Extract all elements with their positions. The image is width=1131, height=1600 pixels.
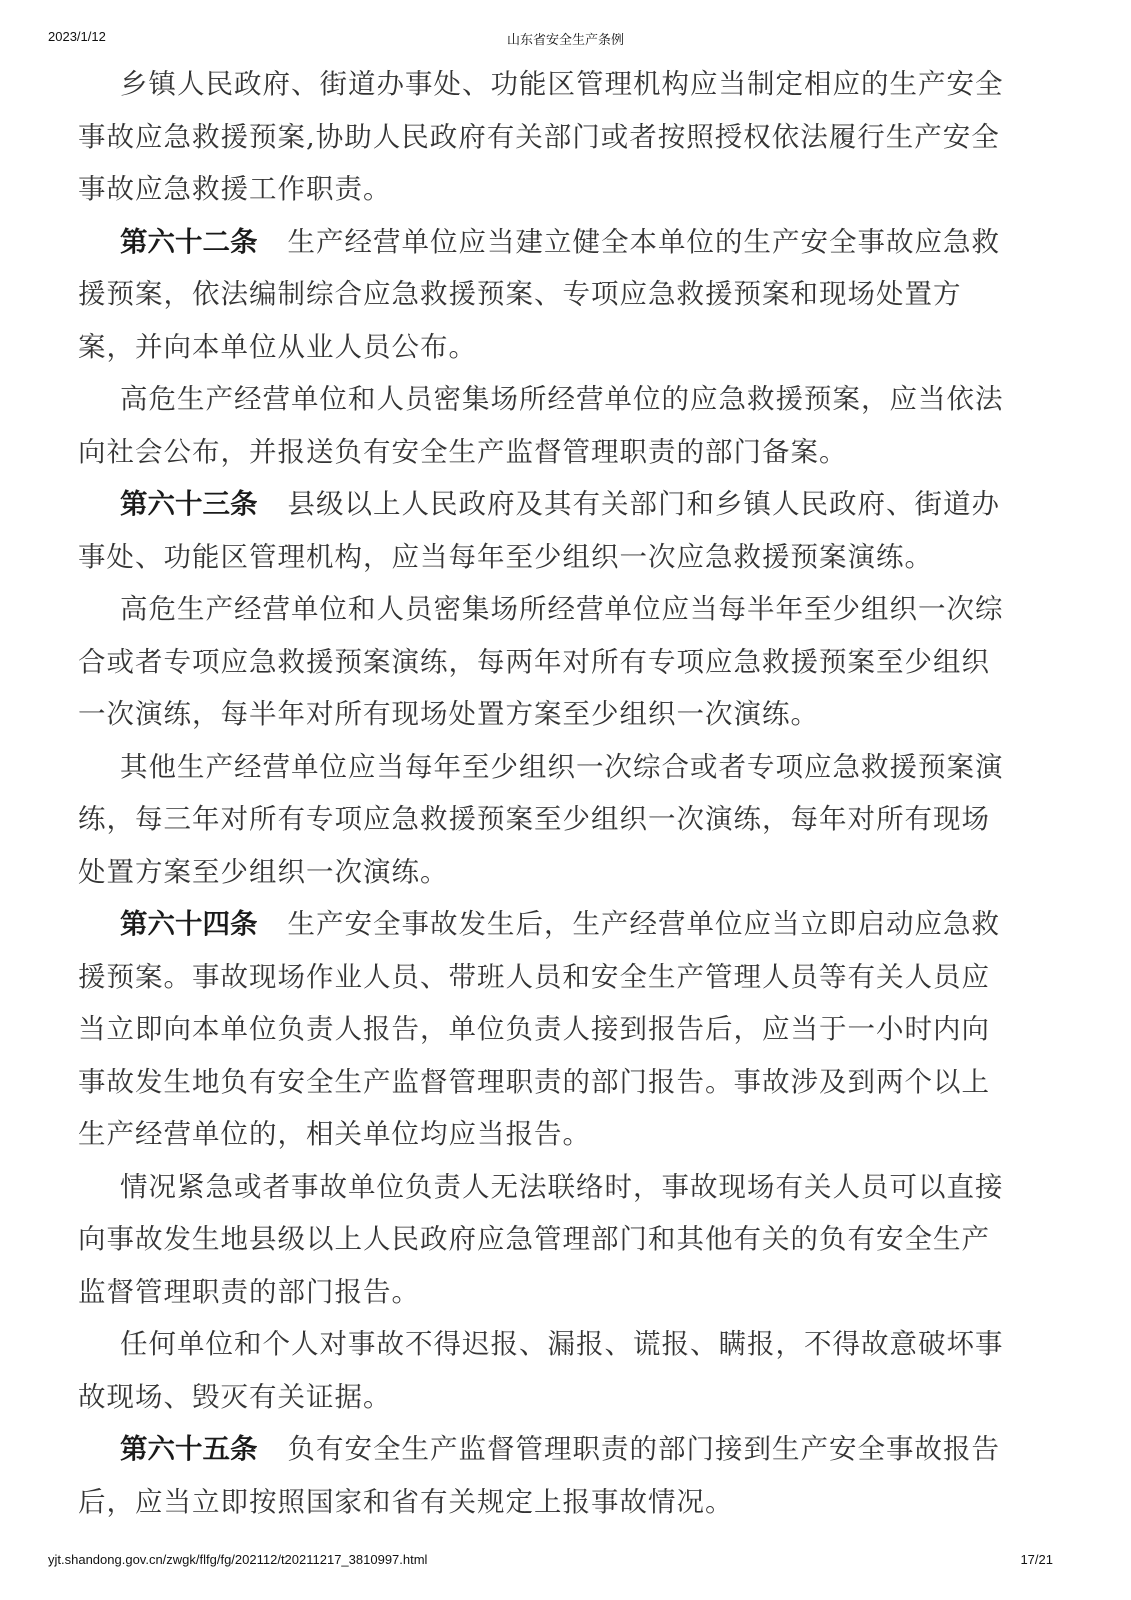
document-body: 乡镇人民政府、街道办事处、功能区管理机构应当制定相应的生产安全 事故应急救援预案…: [78, 58, 1038, 1528]
text-line: 当立即向本单位负责人报告，单位负责人接到报告后，应当于一小时内向: [78, 1003, 1038, 1056]
article-number: 第六十二条: [120, 226, 258, 258]
text-line: 练，每三年对所有专项应急救援预案至少组织一次演练，每年对所有现场: [78, 793, 1038, 846]
text-line: 乡镇人民政府、街道办事处、功能区管理机构应当制定相应的生产安全: [78, 58, 1038, 111]
text-line: 事处、功能区管理机构，应当每年至少组织一次应急救援预案演练。: [78, 531, 1038, 584]
article-number: 第六十四条: [120, 908, 258, 940]
text-line: 情况紧急或者事故单位负责人无法联络时，事故现场有关人员可以直接: [78, 1161, 1038, 1214]
text-line: 向社会公布，并报送负有安全生产监督管理职责的部门备案。: [78, 426, 1038, 479]
text-line: 监督管理职责的部门报告。: [78, 1266, 1038, 1319]
article-text: 县级以上人民政府及其有关部门和乡镇人民政府、街道办: [288, 488, 1001, 520]
paragraph: 乡镇人民政府、街道办事处、功能区管理机构应当制定相应的生产安全 事故应急救援预案…: [78, 58, 1038, 216]
paragraph: 高危生产经营单位和人员密集场所经营单位的应急救援预案，应当依法 向社会公布，并报…: [78, 373, 1038, 478]
text-line: 高危生产经营单位和人员密集场所经营单位应当每半年至少组织一次综: [78, 583, 1038, 636]
paragraph: 高危生产经营单位和人员密集场所经营单位应当每半年至少组织一次综 合或者专项应急救…: [78, 583, 1038, 741]
text-line: 后，应当立即按照国家和省有关规定上报事故情况。: [78, 1476, 1038, 1529]
text-line: 第六十二条生产经营单位应当建立健全本单位的生产安全事故应急救: [78, 216, 1038, 269]
text-line: 事故应急救援工作职责。: [78, 163, 1038, 216]
text-line: 第六十四条生产安全事故发生后，生产经营单位应当立即启动应急救: [78, 898, 1038, 951]
text-line: 故现场、毁灭有关证据。: [78, 1371, 1038, 1424]
article-number: 第六十三条: [120, 488, 258, 520]
text-line: 向事故发生地县级以上人民政府应急管理部门和其他有关的负有安全生产: [78, 1213, 1038, 1266]
text-line: 一次演练，每半年对所有现场处置方案至少组织一次演练。: [78, 688, 1038, 741]
document-title: 山东省安全生产条例: [0, 29, 1131, 48]
text-line: 事故应急救援预案,协助人民政府有关部门或者按照授权依法履行生产安全: [78, 111, 1038, 164]
text-line: 案，并向本单位从业人员公布。: [78, 321, 1038, 374]
paragraph: 情况紧急或者事故单位负责人无法联络时，事故现场有关人员可以直接 向事故发生地县级…: [78, 1161, 1038, 1319]
text-line: 合或者专项应急救援预案演练，每两年对所有专项应急救援预案至少组织: [78, 636, 1038, 689]
article-64: 第六十四条生产安全事故发生后，生产经营单位应当立即启动应急救 援预案。事故现场作…: [78, 898, 1038, 1161]
text-line: 任何单位和个人对事故不得迟报、漏报、谎报、瞒报，不得故意破坏事: [78, 1318, 1038, 1371]
page-number: 17/21: [1020, 1552, 1053, 1567]
text-line: 生产经营单位的，相关单位均应当报告。: [78, 1108, 1038, 1161]
text-line: 援预案，依法编制综合应急救援预案、专项应急救援预案和现场处置方: [78, 268, 1038, 321]
text-line: 第六十五条负有安全生产监督管理职责的部门接到生产安全事故报告: [78, 1423, 1038, 1476]
article-text: 生产安全事故发生后，生产经营单位应当立即启动应急救: [288, 908, 1001, 940]
text-line: 事故发生地负有安全生产监督管理职责的部门报告。事故涉及到两个以上: [78, 1056, 1038, 1109]
article-63: 第六十三条县级以上人民政府及其有关部门和乡镇人民政府、街道办 事处、功能区管理机…: [78, 478, 1038, 583]
text-line: 援预案。事故现场作业人员、带班人员和安全生产管理人员等有关人员应: [78, 951, 1038, 1004]
article-text: 生产经营单位应当建立健全本单位的生产安全事故应急救: [288, 226, 1001, 258]
text-line: 其他生产经营单位应当每年至少组织一次综合或者专项应急救援预案演: [78, 741, 1038, 794]
source-url: yjt.shandong.gov.cn/zwgk/flfg/fg/202112/…: [48, 1552, 427, 1567]
article-65: 第六十五条负有安全生产监督管理职责的部门接到生产安全事故报告 后，应当立即按照国…: [78, 1423, 1038, 1528]
text-line: 高危生产经营单位和人员密集场所经营单位的应急救援预案，应当依法: [78, 373, 1038, 426]
article-62: 第六十二条生产经营单位应当建立健全本单位的生产安全事故应急救 援预案，依法编制综…: [78, 216, 1038, 374]
article-text: 负有安全生产监督管理职责的部门接到生产安全事故报告: [288, 1433, 1001, 1465]
paragraph: 任何单位和个人对事故不得迟报、漏报、谎报、瞒报，不得故意破坏事 故现场、毁灭有关…: [78, 1318, 1038, 1423]
text-line: 处置方案至少组织一次演练。: [78, 846, 1038, 899]
paragraph: 其他生产经营单位应当每年至少组织一次综合或者专项应急救援预案演 练，每三年对所有…: [78, 741, 1038, 899]
article-number: 第六十五条: [120, 1433, 258, 1465]
text-line: 第六十三条县级以上人民政府及其有关部门和乡镇人民政府、街道办: [78, 478, 1038, 531]
